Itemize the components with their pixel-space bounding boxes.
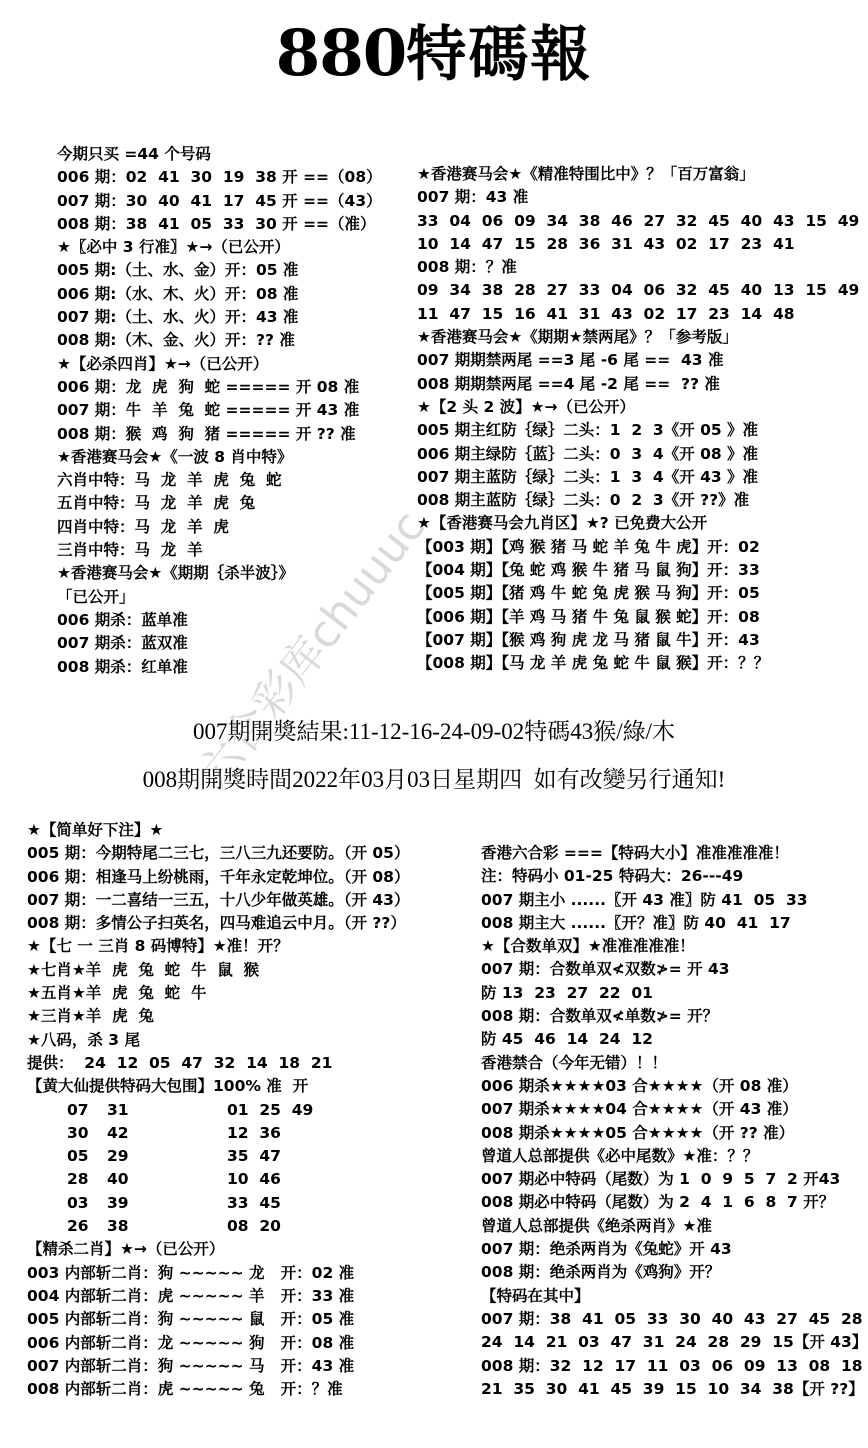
text-line: 004 内部斩二肖：虎 ~~~~~ 羊 开：33 准 [27,1285,409,1308]
text-line: ★【简单好下注】★ [27,819,409,842]
text-line: 008 期：多情公子扫英名，四马难追云中月。（开 ??） [27,912,409,935]
left-top-column: 今期只买 =44 个号码006 期：02 41 30 19 38 开 ==（08… [57,143,382,679]
text-line: 11 47 15 16 41 31 43 02 17 23 14 48 [417,303,859,326]
text-line: 【007 期】【猴 鸡 狗 虎 龙 马 猪 鼠 牛】开：43 [417,629,859,652]
text-line: 006 期杀：蓝单准 [57,609,382,632]
text-line: 008 期期禁两尾 ==4 尾 -2 尾 == ?? 准 [417,373,859,396]
text-line: 四肖中特：马 龙 羊 虎 [57,516,382,539]
number-cell: 05 [67,1145,89,1168]
text-line: ★三肖★羊 虎 兔 [27,1005,409,1028]
text-line: 007 期期禁两尾 ==3 尾 -6 尾 == 43 准 [417,349,859,372]
number-cell: 39 [107,1192,129,1215]
text-line: ★八码，杀 3 尾 [27,1029,409,1052]
text-line: 008 期必中特码（尾数）为 2 4 1 6 8 7 开？ [481,1191,867,1214]
text-line: 007 期：合数单双≮双数≯= 开 43 [481,958,867,981]
text-line: ★香港赛马会★《期期｛杀半波｝》 [57,562,382,585]
text-line: 005 期：今期特尾二三七，三八三九还要防。（开 05） [27,842,409,865]
text-line: 「已公开」 [57,586,382,609]
text-line: 007 期：一二喜结一三五，十八少年做英雄。（开 43） [27,889,409,912]
text-line: 005 期:（土、水、金）开：05 准 [57,259,382,282]
number-cell: 40 [107,1168,129,1191]
text-line: ★香港赛马会★《精准特围比中》？「百万富翁」 [417,163,859,186]
text-line: 008 期:（木、金、火）开：?? 准 [57,329,382,352]
text-line: 曾道人总部提供《必中尾数》★准：？？ [481,1145,867,1168]
text-line: ★【合数单双】★准准准准准！ [481,935,867,958]
text-line: 六肖中特：马 龙 羊 虎 兔 蛇 [57,469,382,492]
text-line: 008 期主蓝防｛绿｝二头：0 2 3《开 ??》准 [417,489,859,512]
text-line: ★七肖★羊 虎 兔 蛇 牛 鼠 猴 [27,959,409,982]
text-line: 曾道人总部提供《绝杀两肖》★准 [481,1215,867,1238]
number-grid-row: 304212 36 [27,1122,409,1145]
text-line: 五肖中特：马 龙 羊 虎 兔 [57,492,382,515]
number-cell: 07 [67,1099,89,1122]
left-bottom-column: ★【简单好下注】★005 期：今期特尾二三七，三八三九还要防。（开 05）006… [27,819,409,1401]
text-line: 三肖中特：马 龙 羊 [57,539,382,562]
text-line: 007 期主小 ......〖开 43 准〗防 41 05 33 [481,889,867,912]
text-line: 005 期主红防｛绿｝二头：1 2 3《开 05 》准 [417,419,859,442]
number-cell: 12 36 [227,1122,281,1145]
text-line: 008 期：猴 鸡 狗 猪 ===== 开 ?? 准 [57,423,382,446]
text-line: 007 内部斩二肖：狗 ~~~~~ 马 开：43 准 [27,1355,409,1378]
number-cell: 01 25 49 [227,1099,313,1122]
text-line: ★【必杀四肖】★→（已公开） [57,353,382,376]
text-line: ★香港赛马会★《期期★禁两尾》？「参考版」 [417,326,859,349]
text-line: 008 内部斩二肖：虎 ~~~~~ 兔 开：？准 [27,1378,409,1401]
text-line: 防 13 23 27 22 01 [481,982,867,1005]
number-cell: 33 45 [227,1192,281,1215]
text-line: 香港禁合（今年无错）！！ [481,1052,867,1075]
number-cell: 08 20 [227,1215,281,1238]
text-line: 【006 期】【羊 鸡 马 猪 牛 兔 鼠 猴 蛇】开：08 [417,606,859,629]
text-line: 【004 期】【兔 蛇 鸡 猴 牛 猪 马 鼠 狗】开：33 [417,559,859,582]
text-line: 007 期：牛 羊 兔 蛇 ===== 开 43 准 [57,399,382,422]
text-line: 008 期：32 12 17 11 03 06 09 13 08 18 [481,1355,867,1378]
title-chinese: 特碼報 [406,20,592,90]
text-line: 【特码在其中】 [481,1285,867,1308]
text-line: 008 期：合数单双≮单数≯= 开？ [481,1005,867,1028]
text-line: 007 期杀：蓝双准 [57,632,382,655]
number-grid-row: 052935 47 [27,1145,409,1168]
text-line: 【精杀二肖】★→（已公开） [27,1238,409,1261]
text-line: 今期只买 =44 个号码 [57,143,382,166]
text-line: 006 期：相逢马上纷桃雨，千年永定乾坤位。（开 08） [27,866,409,889]
text-line: 【黄大仙提供特码大包围】100% 准 开 [27,1075,409,1098]
text-line: 007 期杀★★★★04 合★★★★（开 43 准） [481,1098,867,1121]
text-line: 005 内部斩二肖：狗 ~~~~~ 鼠 开：05 准 [27,1308,409,1331]
text-line: 006 期：02 41 30 19 38 开 ==（08） [57,166,382,189]
text-line: 香港六合彩 ===【特码大小】准准准准准！ [481,842,867,865]
text-line: ★香港赛马会★《一波 8 肖中特》 [57,446,382,469]
text-line: 003 内部斩二肖：狗 ~~~~~ 龙 开：02 准 [27,1262,409,1285]
text-line: 008 期杀★★★★05 合★★★★（开 ?? 准） [481,1122,867,1145]
number-grid-row: 263808 20 [27,1215,409,1238]
text-line: 防 45 46 14 24 12 [481,1028,867,1051]
number-grid-row: 284010 46 [27,1168,409,1191]
number-grid-row: 073101 25 49 [27,1099,409,1122]
text-line: 【003 期】【鸡 猴 猪 马 蛇 羊 兔 牛 虎】开：02 [417,536,859,559]
number-cell: 42 [107,1122,129,1145]
text-line: 008 期主大 ......〖开？准〗防 40 41 17 [481,912,867,935]
text-line: 006 内部斩二肖：龙 ~~~~~ 狗 开：08 准 [27,1332,409,1355]
number-cell: 28 [67,1168,89,1191]
text-line: 008 期杀：红单准 [57,656,382,679]
number-cell: 03 [67,1192,89,1215]
text-line: 008 期：？准 [417,256,859,279]
text-line: 006 期:（水、木、火）开：08 准 [57,283,382,306]
text-line: 09 34 38 28 27 33 04 06 32 45 40 13 15 4… [417,279,859,302]
text-line: 提供： 24 12 05 47 32 14 18 21 [27,1052,409,1075]
number-cell: 10 46 [227,1168,281,1191]
right-bottom-column: 香港六合彩 ===【特码大小】准准准准准！注：特码小 01-25 特码大：26-… [481,842,867,1401]
text-line: 注：特码小 01-25 特码大：26---49 [481,865,867,888]
text-line: 21 35 30 41 45 39 15 10 34 38【开 ??】 [481,1378,867,1401]
text-line: 006 期：龙 虎 狗 蛇 ===== 开 08 准 [57,376,382,399]
text-line: 007 期:（土、水、火）开：43 准 [57,306,382,329]
number-cell: 26 [67,1215,89,1238]
text-line: 【005 期】【猪 鸡 牛 蛇 兔 虎 猴 马 狗】开：05 [417,582,859,605]
text-line: 008 期：38 41 05 33 30 开 ==（准） [57,213,382,236]
text-line: 008 期：绝杀两肖为《鸡狗》开？ [481,1261,867,1284]
text-line: 007 期主蓝防｛绿｝二头：1 3 4《开 43 》准 [417,466,859,489]
text-line: 24 14 21 03 47 31 24 28 29 15【开 43】 [481,1331,867,1354]
text-line: 006 期主绿防｛蓝｝二头：0 3 4《开 08 》准 [417,443,859,466]
number-grid-row: 033933 45 [27,1192,409,1215]
draw-result-notice: 007期開獎結果:11-12-16-24-09-02特碼43猴/綠/木 [0,713,868,746]
number-cell: 30 [67,1122,89,1145]
next-draw-notice: 008期開獎時間2022年03月03日星期四 如有改變另行通知! [0,761,868,794]
number-cell: 31 [107,1099,129,1122]
number-cell: 38 [107,1215,129,1238]
text-line: 33 04 06 09 34 38 46 27 32 45 40 43 15 4… [417,210,859,233]
page-title: 880特碼報 [0,14,868,95]
text-line: ★〖必中 3 行准〗★→（已公开） [57,236,382,259]
text-line: 007 期必中特码（尾数）为 1 0 9 5 7 2 开43 [481,1168,867,1191]
title-number: 880 [276,16,407,91]
text-line: ★【香港赛马会九肖区】★? 已免费大公开 [417,512,859,535]
number-cell: 29 [107,1145,129,1168]
text-line: 007 期：38 41 05 33 30 40 43 27 45 28 [481,1308,867,1331]
text-line: 007 期：43 准 [417,186,859,209]
number-cell: 35 47 [227,1145,281,1168]
text-line: 007 期：30 40 41 17 45 开 ==（43） [57,190,382,213]
right-top-column: ★香港赛马会★《精准特围比中》？「百万富翁」007 期：43 准33 04 06… [417,163,859,676]
text-line: 【008 期】【马 龙 羊 虎 兔 蛇 牛 鼠 猴】开：？？ [417,652,859,675]
text-line: 007 期：绝杀两肖为《兔蛇》开 43 [481,1238,867,1261]
text-line: ★五肖★羊 虎 兔 蛇 牛 [27,982,409,1005]
text-line: 10 14 47 15 28 36 31 43 02 17 23 41 [417,233,859,256]
text-line: ★【七 一 三肖 8 码博特】★准！开？ [27,935,409,958]
text-line: 006 期杀★★★★03 合★★★★（开 08 准） [481,1075,867,1098]
text-line: ★【2 头 2 波】★→（已公开） [417,396,859,419]
